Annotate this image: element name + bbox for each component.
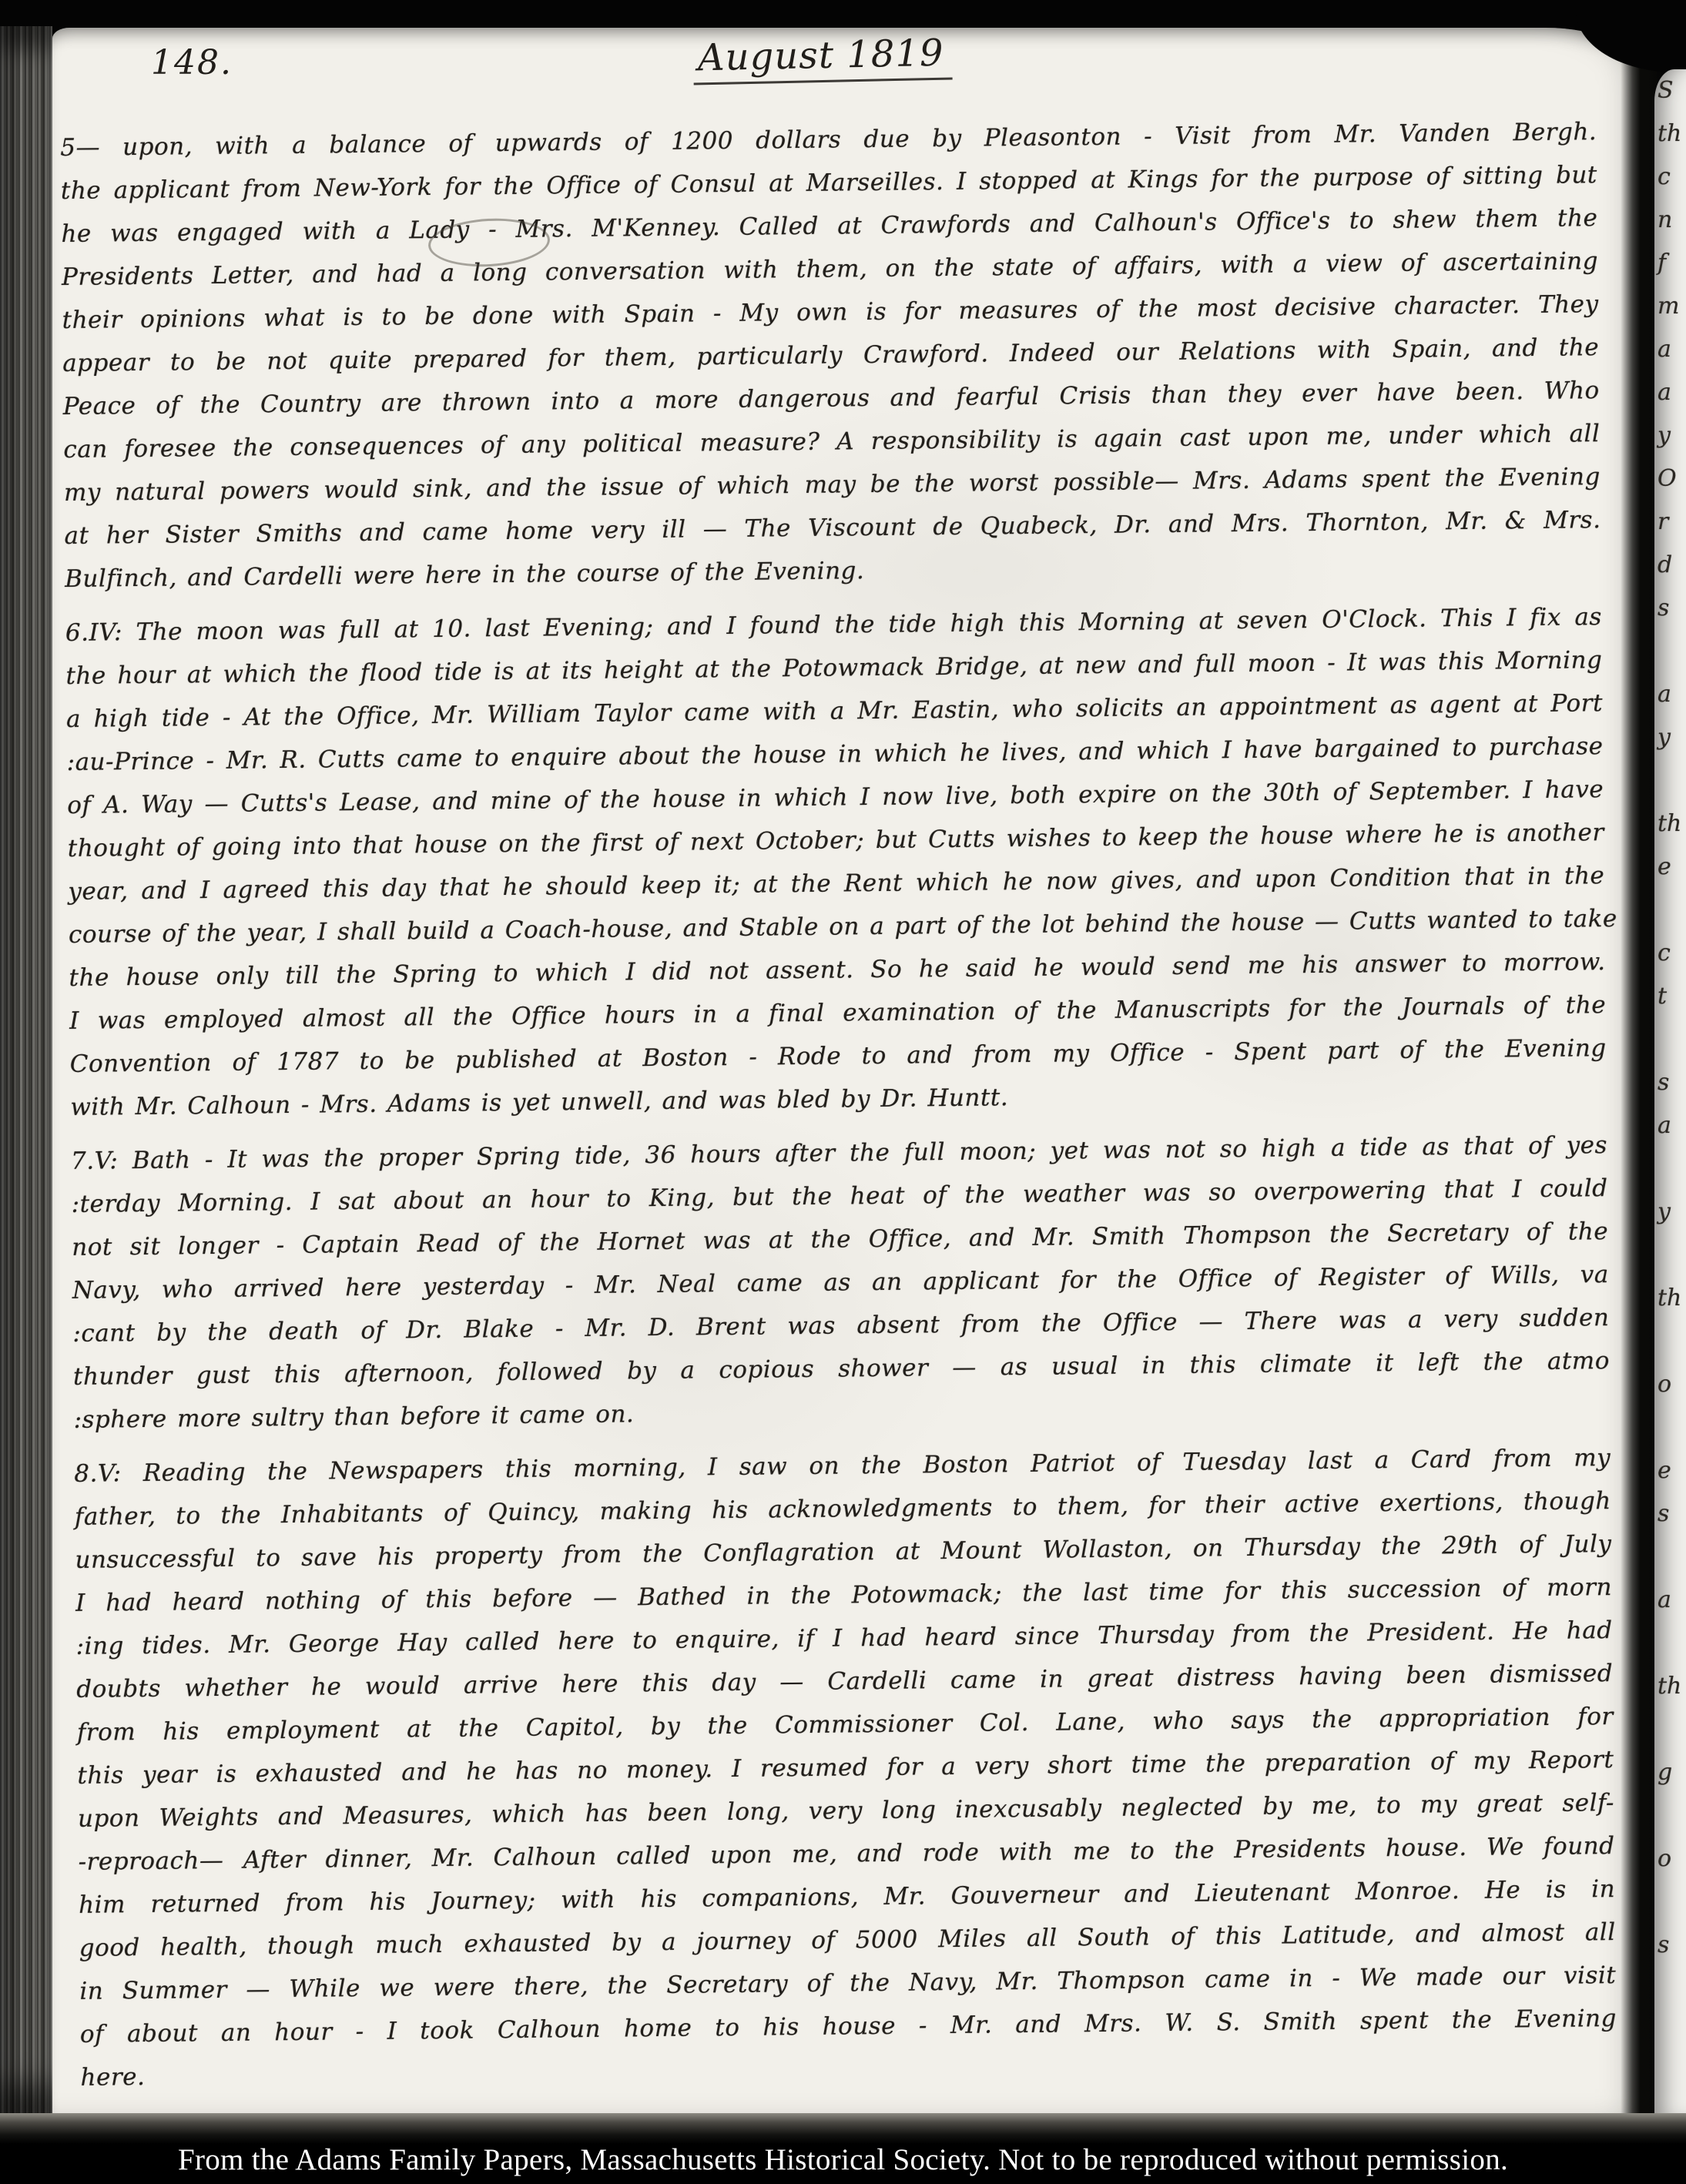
book-fore-edge — [0, 26, 52, 2115]
edge-text-fragment: a — [1654, 1104, 1686, 1147]
edge-text-fragment: s — [1654, 587, 1686, 630]
edge-text-fragment — [1654, 1708, 1686, 1751]
manuscript-scan: 148. August 1819 5— upon, with a balance… — [0, 0, 1686, 2184]
attribution-caption: From the Adams Family Papers, Massachuse… — [178, 2142, 1508, 2184]
edge-text-fragment — [1654, 1794, 1686, 1837]
edge-text-fragment: th — [1654, 802, 1686, 846]
edge-text-fragment — [1654, 1881, 1686, 1924]
edge-text-fragment: a — [1654, 673, 1686, 716]
edge-text-fragment: n — [1654, 199, 1686, 242]
edge-text-fragment: d — [1654, 544, 1686, 587]
edge-text-fragment: t — [1654, 975, 1686, 1018]
edge-text-fragment: g — [1654, 1751, 1686, 1794]
edge-text-fragment — [1654, 1234, 1686, 1277]
edge-text-fragment: y — [1654, 716, 1686, 759]
header-date: August 1819 — [692, 31, 952, 85]
edge-text-fragment: th — [1654, 112, 1686, 156]
edge-text-fragment: c — [1654, 156, 1686, 199]
edge-text-fragment — [1654, 1406, 1686, 1449]
edge-text-fragment — [1654, 630, 1686, 673]
edge-text-fragment: c — [1654, 932, 1686, 975]
diary-page: 148. August 1819 5— upon, with a balance… — [52, 28, 1645, 2113]
edge-text-fragment — [1654, 889, 1686, 932]
edge-text-fragment: s — [1654, 1492, 1686, 1536]
edge-text-fragment: a — [1654, 371, 1686, 414]
edge-text-fragment — [1654, 1147, 1686, 1191]
edge-text-fragment — [1654, 1018, 1686, 1061]
edge-text-fragment — [1654, 1622, 1686, 1665]
edge-text-fragment: o — [1654, 1837, 1686, 1881]
edge-text-fragment: s — [1654, 1061, 1686, 1104]
edge-text-fragment: o — [1654, 1363, 1686, 1406]
edge-text-fragment: th — [1654, 1665, 1686, 1708]
edge-text-fragment: e — [1654, 846, 1686, 889]
edge-text-fragment — [1654, 1320, 1686, 1363]
edge-text-fragment — [1654, 1967, 1686, 2010]
next-page-edge: SthcnfmaayOrdsaythectsaythoesathgos — [1654, 69, 1686, 2113]
page-number: 148. — [151, 43, 233, 82]
edge-text-fragment: O — [1654, 457, 1686, 501]
edge-text-fragment: y — [1654, 414, 1686, 457]
edge-text-fragment: r — [1654, 501, 1686, 544]
edge-text-fragment: a — [1654, 1579, 1686, 1622]
edge-text-fragment: a — [1654, 328, 1686, 371]
caption-bar: From the Adams Family Papers, Massachuse… — [0, 2113, 1686, 2184]
edge-text-fragment: s — [1654, 1924, 1686, 1967]
manuscript-lines: 5— upon, with a balance of upwards of 12… — [60, 110, 1617, 2099]
edge-text-fragment — [1654, 759, 1686, 802]
edge-text-fragment: m — [1654, 285, 1686, 328]
edge-text-fragment: f — [1654, 242, 1686, 285]
edge-text-fragment — [1654, 1536, 1686, 1579]
edge-text-fragment: th — [1654, 1277, 1686, 1320]
edge-text-fragment: e — [1654, 1449, 1686, 1492]
edge-text-fragment: y — [1654, 1191, 1686, 1234]
